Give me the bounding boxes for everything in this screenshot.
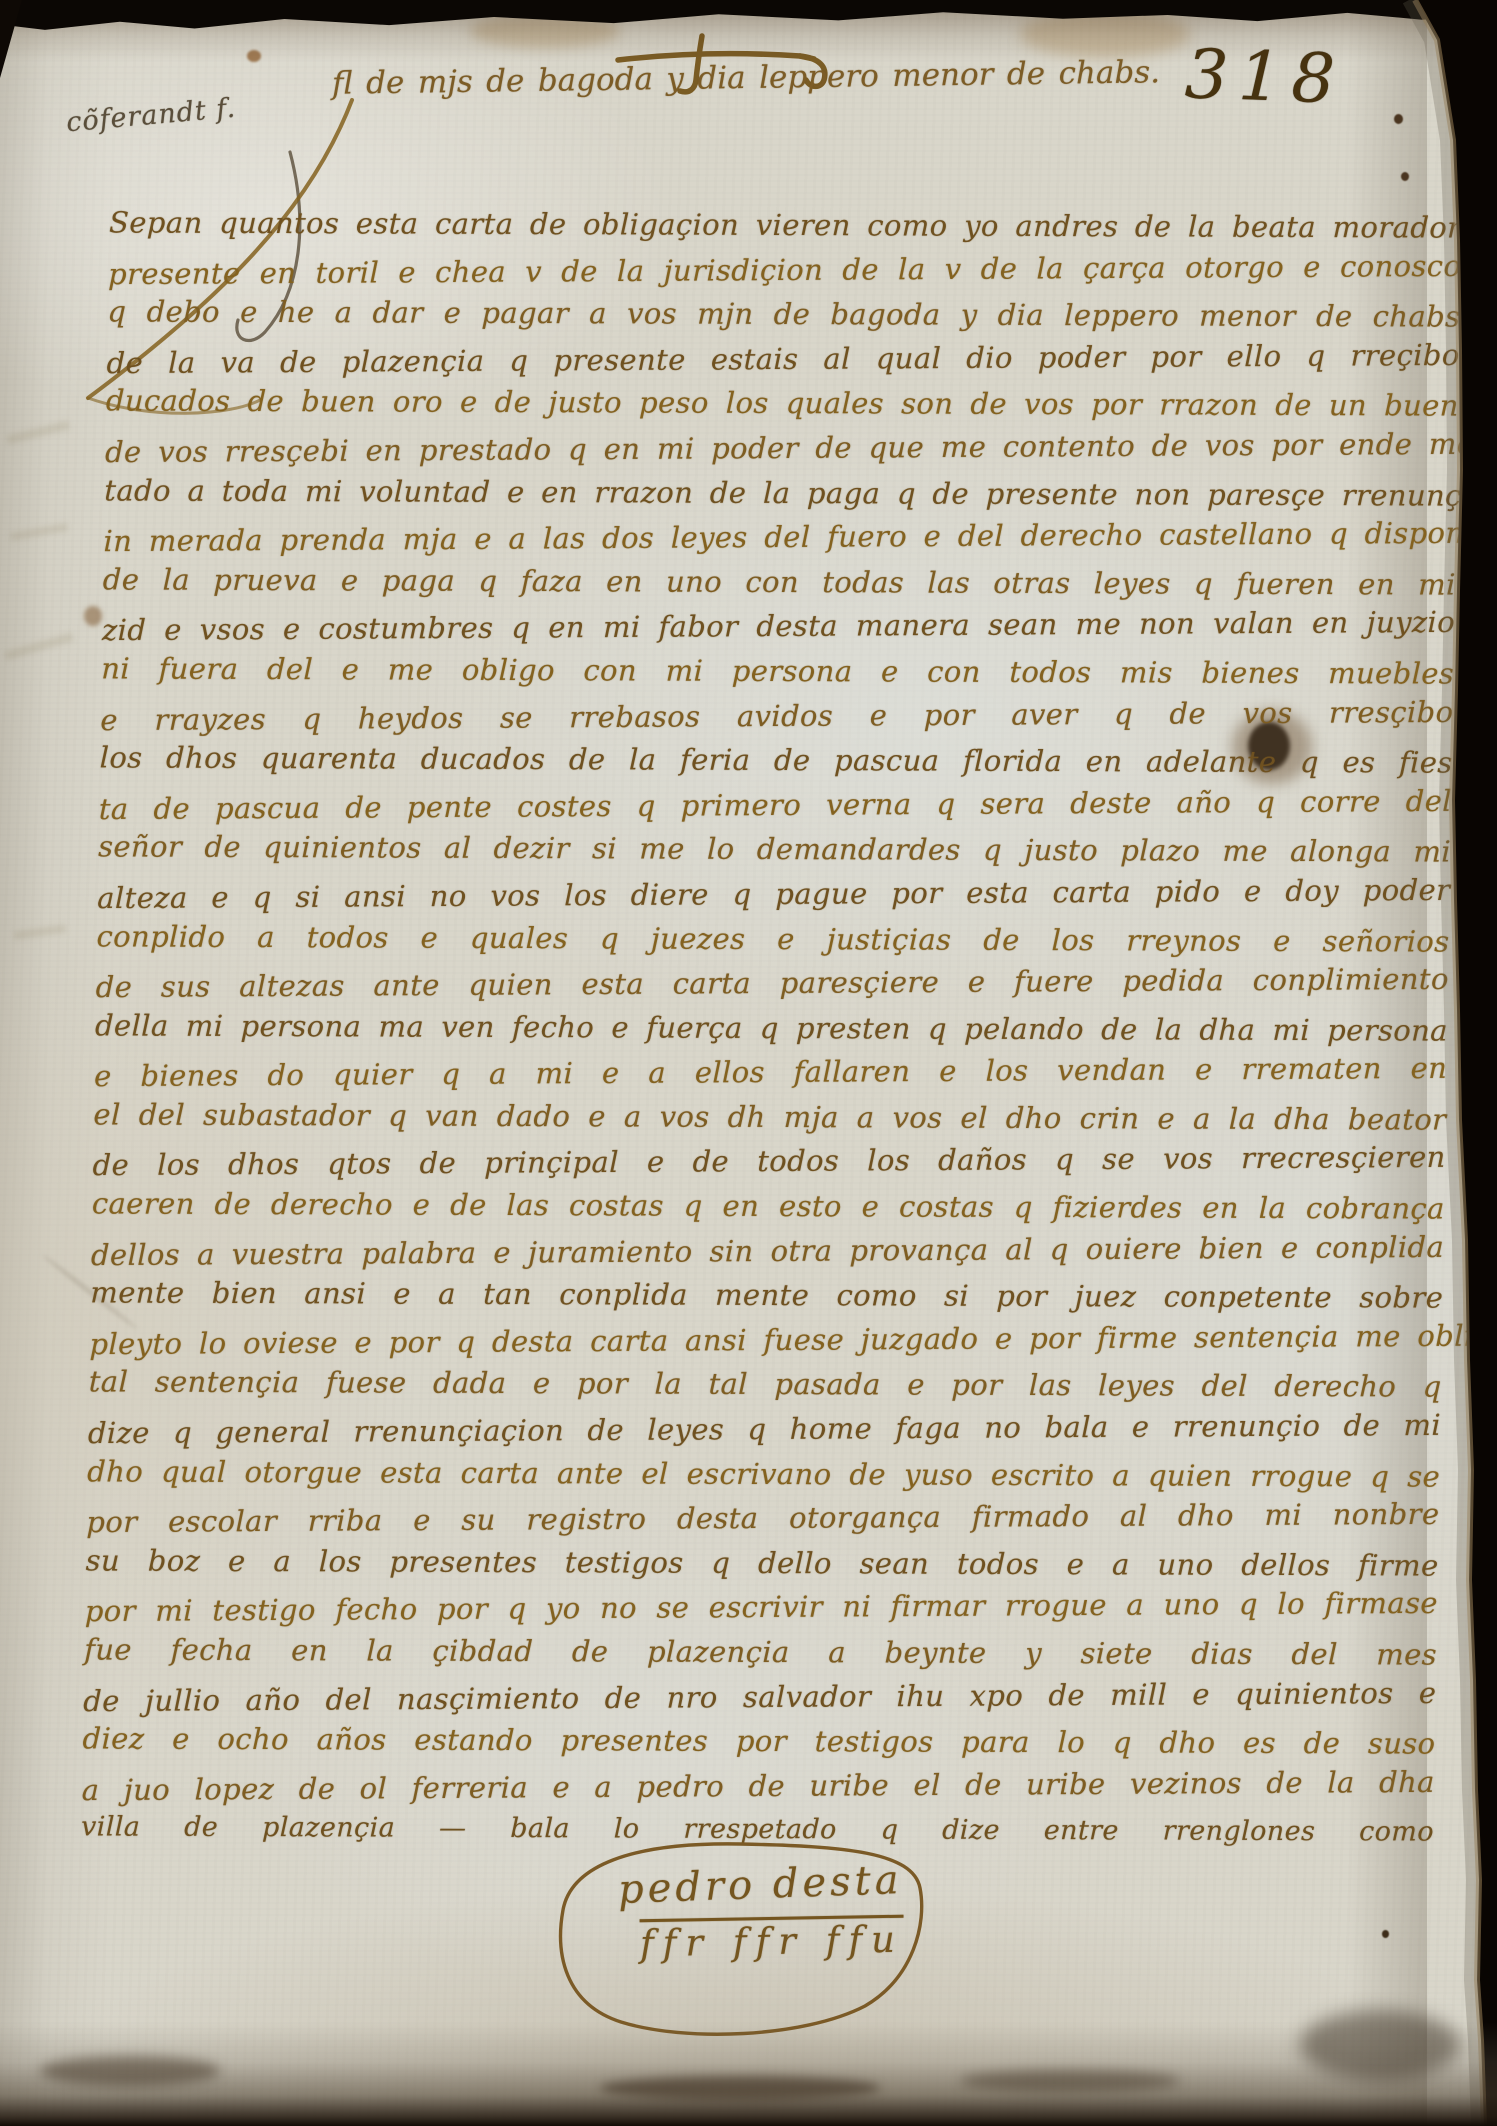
manuscript-line: diez e ocho años estando presentes por t… [82, 1717, 1436, 1767]
manuscript-text-block: Sepan quantos esta carta de obligaçion v… [81, 203, 1463, 1853]
bottom-edge [0, 2022, 1497, 2126]
right-edge [1397, 0, 1497, 2126]
manuscript-line: los dhos quarenta ducados de la feria de… [99, 736, 1453, 786]
manuscript-line: fue fecha en la çibdad de plazençia a be… [84, 1627, 1438, 1677]
manuscript-line: conplido a todos e quales q juezes e jus… [96, 914, 1450, 964]
manuscript-line: señor de quinientos al dezir si me lo de… [98, 825, 1452, 875]
manuscript-line: mente bien ansi e a tan conplida mente c… [90, 1271, 1444, 1321]
manuscript-line: por mi testigo fecho por q yo no se escr… [85, 1581, 1439, 1634]
manuscript-line: alteza e q si ansi no vos los diere q pa… [97, 868, 1451, 921]
signature-rubric: ffr ffr ffu [640, 1918, 905, 1966]
manuscript-line: presente en toril e chea v de la jurisdi… [108, 243, 1462, 296]
manuscript-line: q debo e he a dar e pagar a vos mjn de b… [107, 290, 1461, 340]
manuscript-line: tado a toda mi voluntad e en rrazon de l… [104, 468, 1458, 518]
stain-speck [1382, 1930, 1389, 1938]
manuscript-line: a juo lopez de ol ferreria e a pedro de … [81, 1760, 1435, 1813]
manuscript-line: su boz e a los presentes testigos q dell… [85, 1538, 1439, 1588]
manuscript-line: ni fuera del e me obligo con mi persona … [101, 646, 1455, 696]
manuscript-line: de la va de plazençia q presente estais … [106, 333, 1460, 386]
bottom-smudge [600, 2076, 880, 2100]
manuscript-line: de vos rresçebi en prestado q en mi pode… [105, 422, 1459, 475]
bottom-smudge [40, 2056, 220, 2086]
manuscript-line: ducados de buen oro e de justo peso los … [105, 379, 1459, 429]
manuscript-line: por escolar rriba e su registro desta ot… [86, 1492, 1440, 1545]
manuscript-line: ta de pascua de pente costes q primero v… [99, 779, 1453, 832]
manuscript-line: e rrayzes q heydos se rrebasos avidos e … [100, 689, 1454, 742]
manuscript-line: de jullio año del nasçimiento de nro sal… [83, 1670, 1437, 1723]
bottom-smudge [1300, 2010, 1460, 2080]
manuscript-line: della mi persona ma ven fecho e fuerça q… [95, 1003, 1449, 1053]
manuscript-line: dellos a vuestra palabra e juramiento si… [91, 1225, 1445, 1278]
manuscript-line: e bienes do quier q a mi e a ellos falla… [94, 1046, 1448, 1099]
manuscript-line: el del subastador q van dado e a vos dh … [93, 1092, 1447, 1142]
manuscript-line: in merada prenda mja e a las dos leyes d… [103, 511, 1457, 564]
manuscript-line: pleyto lo oviese e por q desta carta ans… [89, 1314, 1443, 1367]
manuscript-line: Sepan quantos esta carta de obligaçion v… [109, 200, 1463, 250]
manuscript-line: tal sentençia fuese dada e por la tal pa… [88, 1360, 1442, 1410]
manuscript-scan: fl de mjs de bagoda y dia leppero menor … [0, 0, 1497, 2126]
manuscript-line: de la prueva e paga q faza en uno con to… [102, 557, 1456, 607]
manuscript-line: de sus altezas ante quien esta carta par… [95, 957, 1449, 1010]
manuscript-line: caeren de derecho e de las costas q en e… [91, 1181, 1445, 1231]
bottom-smudge [960, 2070, 1180, 2092]
manuscript-line: de los dhos qtos de prinçipal e de todos… [92, 1135, 1446, 1188]
stain-fleck [84, 606, 102, 626]
manuscript-line: dho qual otorgue esta carta ante el escr… [87, 1449, 1441, 1499]
manuscript-line: zid e vsos e costumbres q en mi fabor de… [102, 600, 1456, 653]
manuscript-line: dize q general rrenunçiaçion de leyes q … [88, 1403, 1442, 1456]
